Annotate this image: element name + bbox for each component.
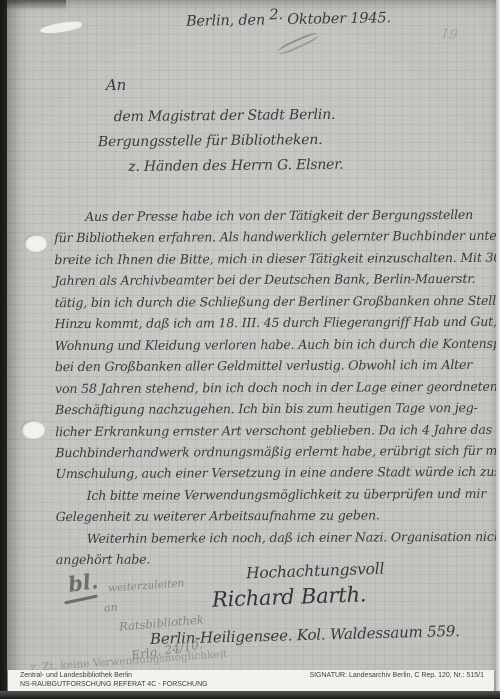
body-line: Beschäftigung nachzugehen. Ich bin bis z… bbox=[55, 397, 479, 421]
recipient-block: dem Magistrat der Stadt Berlin. Bergungs… bbox=[98, 103, 344, 181]
letter-body: Aus der Presse habe ich von der Tätigkei… bbox=[54, 204, 480, 571]
scan-edge-right bbox=[496, 0, 500, 699]
body-line: von 58 Jahren stehend, bin ich doch noch… bbox=[55, 376, 479, 400]
salutation: An bbox=[106, 76, 126, 94]
body-line: licher Erkrankung ernster Art verschont … bbox=[55, 418, 479, 442]
library-department: NS-RAUBGUTFORSCHUNG REFERAT 4C - FORSCHU… bbox=[20, 681, 208, 690]
recipient-line: z. Händen des Herrn G. Elsner. bbox=[128, 153, 343, 180]
pencil-initial-mark: bl. bbox=[66, 568, 99, 597]
page-number: 19 bbox=[440, 26, 458, 43]
body-line: breite ich Ihnen die Bitte, mich in dies… bbox=[54, 247, 478, 271]
body-line: Wohnung und Kleidung verloren habe. Auch… bbox=[55, 333, 479, 357]
body-line: Gelegenheit zu weiterer Arbeitsaufnahme … bbox=[56, 504, 480, 528]
date-day: 2. bbox=[269, 7, 283, 23]
body-line: Aus der Presse habe ich von der Tätigkei… bbox=[54, 204, 478, 228]
punch-hole-top bbox=[24, 234, 47, 252]
scan-edge-bottom bbox=[0, 691, 500, 699]
library-credit: Zentral- und Landesbibliothek Berlin NS-… bbox=[20, 672, 208, 689]
digitisation-footer: Zentral- und Landesbibliothek Berlin NS-… bbox=[8, 670, 494, 691]
punch-hole-bottom bbox=[21, 420, 45, 439]
body-line: tätig, bin ich durch die Schließung der … bbox=[54, 290, 478, 314]
body-line: Umschulung, auch einer Versetzung in ein… bbox=[55, 461, 479, 485]
recipient-line: dem Magistrat der Stadt Berlin. bbox=[114, 103, 343, 130]
body-line: Buchbinderhandwerk ordnungsmäßig erlernt… bbox=[55, 440, 479, 464]
date-prefix: Berlin, den bbox=[186, 12, 265, 29]
body-line: Ich bitte meine Verwendungsmöglichkeit z… bbox=[56, 483, 480, 507]
library-name: Zentral- und Landesbibliothek Berlin bbox=[20, 672, 208, 681]
body-line: bei den Großbanken aller Geldmittel verl… bbox=[55, 354, 479, 378]
scan-corner-shadow bbox=[6, 0, 66, 10]
body-line: Jahren als Archivbeamter bei der Deutsch… bbox=[54, 268, 478, 292]
date-rest: Oktober 1945. bbox=[287, 10, 391, 28]
archive-signature: SIGNATUR: Landesarchiv Berlin, C Rep. 12… bbox=[309, 672, 484, 679]
body-line: Weiterhin bemerke ich noch, daß ich eine… bbox=[56, 526, 480, 550]
body-line: für Bibliotheken erfahren. Als handwerkl… bbox=[54, 225, 478, 249]
body-line: Hinzu kommt, daß ich am 18. III. 45 durc… bbox=[55, 311, 479, 335]
scan-edge-left bbox=[0, 0, 7, 699]
pencil-an-note: an bbox=[103, 600, 118, 614]
recipient-line: Bergungsstelle für Bibliotheken. bbox=[98, 128, 343, 156]
